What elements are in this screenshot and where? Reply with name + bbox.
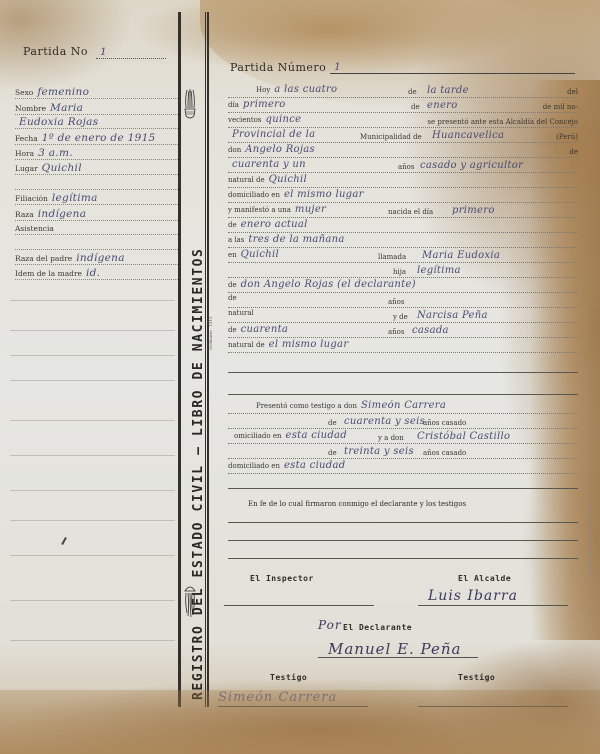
declarante-prefix: Por bbox=[318, 618, 342, 632]
stub-field-idem-madre: Idem de la madreid. bbox=[15, 267, 180, 280]
blank-line bbox=[228, 540, 578, 541]
section-divider bbox=[228, 394, 578, 395]
form-line: natural deQuichil bbox=[228, 174, 578, 188]
stub-rule bbox=[10, 420, 175, 421]
coat-of-arms-icon bbox=[183, 88, 197, 122]
stub-field-raza-padre: Raza del padreindígena bbox=[15, 252, 180, 265]
section-divider bbox=[228, 372, 578, 373]
stub-field-fecha: Fecha1º de enero de 1915 bbox=[15, 132, 180, 145]
inspector-signature-line bbox=[224, 605, 374, 606]
coat-of-arms-icon bbox=[183, 583, 197, 619]
stub-rule bbox=[10, 520, 175, 521]
form-line: decuarentaañoscasada bbox=[228, 324, 578, 338]
stub-field-lugar: LugarQuichil bbox=[15, 162, 180, 175]
form-line: y manifestó a unamujernacida el díaprime… bbox=[228, 204, 578, 218]
closing-statement: En fe de lo cual firmaron conmigo el dec… bbox=[248, 500, 466, 508]
blank-line bbox=[228, 522, 578, 523]
form-line: donAngelo Rojasde bbox=[228, 144, 578, 158]
form-line: naturaly deNarcisa Peña bbox=[228, 309, 578, 323]
stub-rule bbox=[10, 300, 175, 301]
form-line: hijalegítima bbox=[228, 264, 578, 278]
water-stain-bottom bbox=[0, 690, 600, 754]
witness-line: domiciliado enesta ciudad bbox=[228, 460, 578, 474]
stub-field-nombre-cont: Eudoxia Rojas bbox=[15, 116, 180, 129]
form-line: deaños bbox=[228, 294, 578, 308]
alcalde-label: El Alcalde bbox=[458, 574, 511, 583]
form-line: vecientosquincese presentó ante esta Alc… bbox=[228, 114, 578, 128]
declarante-signature-line bbox=[318, 657, 478, 658]
stub-rule bbox=[10, 455, 175, 456]
form-line: enQuichilllamadaMaria Eudoxia bbox=[228, 249, 578, 263]
form-line: deenero actual bbox=[228, 219, 578, 233]
alcalde-signature: Luis Ibarra bbox=[428, 588, 518, 604]
stub-field-raza: Razaindígena bbox=[15, 208, 180, 221]
form-line: Hoya las cuatrodela tardedel bbox=[228, 84, 578, 98]
declarante-signature: Manuel E. Peña bbox=[328, 640, 461, 658]
stub-section: Partida No 1 Sexofemenino NombreMaria Eu… bbox=[0, 0, 178, 754]
partida-heading: Partida Número1 bbox=[230, 60, 575, 74]
stub-title: Partida No 1 bbox=[23, 45, 166, 59]
section-divider bbox=[228, 488, 578, 489]
stub-field-filiacion: Filiaciónlegítima bbox=[15, 192, 180, 205]
stub-rule bbox=[10, 355, 175, 356]
alcalde-signature-line bbox=[418, 605, 568, 606]
stub-rule bbox=[10, 640, 175, 641]
stub-number-field: 1 bbox=[96, 45, 166, 59]
stub-field-asistencia: Asistencia bbox=[15, 222, 180, 235]
stub-rule bbox=[10, 600, 175, 601]
testigo-right-label: Testigo bbox=[458, 673, 495, 682]
stub-rule bbox=[10, 555, 175, 556]
stub-rule bbox=[10, 380, 175, 381]
stub-field-nombre: NombreMaria bbox=[15, 102, 180, 115]
witness-line: omiciliado enesta ciudady a donCristóbal… bbox=[228, 430, 578, 444]
pencil-mark bbox=[61, 537, 67, 545]
blank-line bbox=[228, 558, 578, 559]
stub-rule bbox=[10, 490, 175, 491]
stub-field-blank bbox=[15, 177, 180, 190]
declarante-label: El Declarante bbox=[343, 623, 412, 632]
stub-rule bbox=[10, 330, 175, 331]
form-line: a lastres de la mañana bbox=[228, 234, 578, 248]
form-line: domiciliado enel mismo lugar bbox=[228, 189, 578, 203]
form-line: dedon Angelo Rojas (el declarante) bbox=[228, 279, 578, 293]
witness-line: decuarenta y seisaños casado bbox=[228, 415, 578, 429]
faded-stamp bbox=[590, 500, 600, 580]
form-line: díaprimerodeenerode mil no- bbox=[228, 99, 578, 113]
testigo-left-label: Testigo bbox=[270, 673, 307, 682]
witness-line: detreinta y seisaños casado bbox=[228, 445, 578, 459]
stub-field-blank-2 bbox=[15, 237, 180, 250]
main-form: Partida Número1 Hoya las cuatrodela tard… bbox=[218, 0, 600, 754]
stub-field-sexo: Sexofemenino bbox=[15, 86, 180, 99]
form-line: Provincial de laMunicipalidad deHuancave… bbox=[228, 129, 578, 143]
witness-line: Presentó como testigo a donSimeón Carrer… bbox=[228, 400, 578, 414]
form-line: natural deel mismo lugar bbox=[228, 339, 578, 353]
inspector-label: El Inspector bbox=[250, 574, 314, 583]
form-line: cuarenta y unañoscasado y agricultor bbox=[228, 159, 578, 173]
stub-field-hora: Hora3 a.m. bbox=[15, 147, 180, 160]
spine-border-left-inner bbox=[180, 12, 181, 707]
spine-small-print: Ordinario · 1915 bbox=[208, 316, 213, 350]
spine-border-right bbox=[207, 12, 209, 707]
